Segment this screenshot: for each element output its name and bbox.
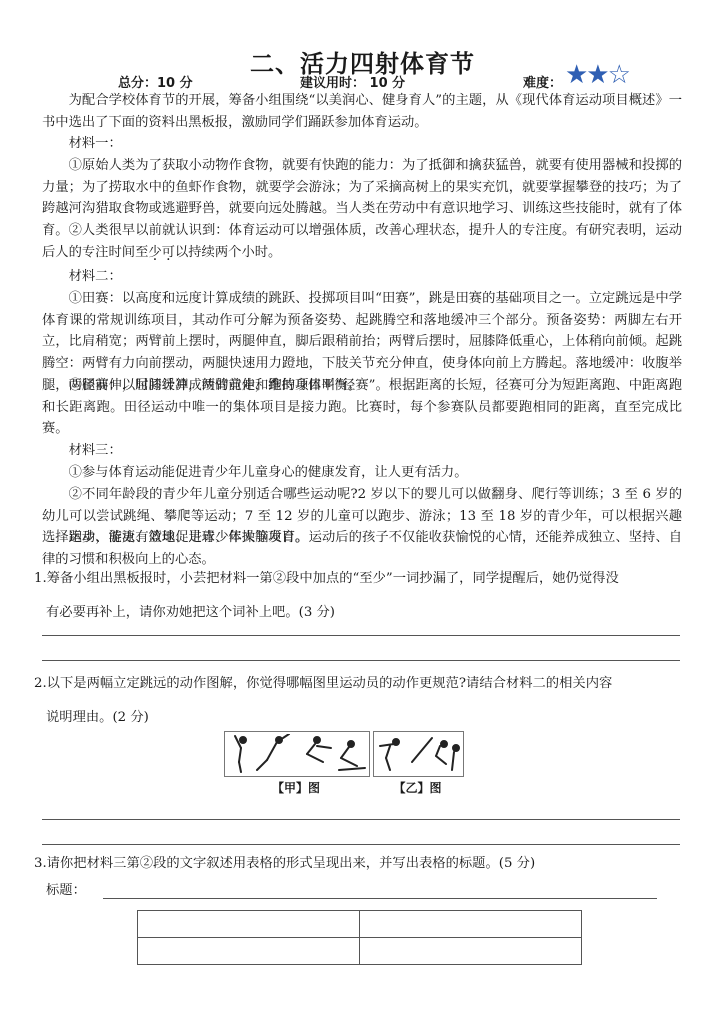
difficulty-rating: ★★☆ xyxy=(565,60,629,90)
star-empty-icon: ☆ xyxy=(608,60,629,90)
emphasis-dot-char: 少 xyxy=(148,245,161,260)
question-1-text-cont: 有必要再补上，请你劝她把这个词补上吧。(3 分) xyxy=(34,602,684,624)
material3-paragraph3: 运动，能更有效地促进青少年大脑发育。运动后的孩子不仅能收获愉悦的心情，还能养成独… xyxy=(42,527,682,570)
answer-line[interactable] xyxy=(42,819,680,820)
question-2: 2.以下是两幅立定跳远的动作图解，你觉得哪幅图里运动员的动作更规范?请结合材料二… xyxy=(34,673,684,729)
total-score: 总分：10 分 xyxy=(118,72,193,91)
answer-line[interactable] xyxy=(42,635,680,636)
material1-heading: 材料一： xyxy=(42,133,682,155)
table-row xyxy=(138,911,582,938)
table-cell[interactable] xyxy=(360,938,582,965)
table-title-answer-line[interactable] xyxy=(103,898,657,899)
material2-heading: 材料二： xyxy=(42,266,682,288)
material1-paragraph2: ②人类很早以前就认识到：体育运动可以增强体质，改善心理状态，提升人的专注度。有研… xyxy=(42,220,682,263)
question-1-text: 1.筹备小组出黑板报时，小芸把材料一第②段中加点的“至少”一词抄漏了，同学提醒后… xyxy=(34,571,619,586)
figure-b-jump-sequence xyxy=(373,731,464,777)
material2-paragraph2: ②径赛：以时间计算成绩的竞走和跑的项目叫“径赛”。根据距离的长短，径赛可分为短距… xyxy=(42,375,682,440)
answer-line[interactable] xyxy=(42,844,680,845)
table-cell[interactable] xyxy=(138,938,360,965)
material3-heading: 材料三： xyxy=(42,440,682,462)
figure-a-caption: 【甲】图 xyxy=(224,779,368,796)
figure-b-caption: 【乙】图 xyxy=(373,779,462,796)
athlete-figures-icon xyxy=(227,734,367,774)
material3-paragraph1: ①参与体育运动能促进青少年儿童身心的健康发育，让人更有活力。 xyxy=(42,462,682,484)
table-cell[interactable] xyxy=(360,911,582,938)
star-filled-icon: ★★ xyxy=(565,60,608,90)
table-row xyxy=(138,938,582,965)
question-2-text: 2.以下是两幅立定跳远的动作图解，你觉得哪幅图里运动员的动作更规范?请结合材料二… xyxy=(34,676,612,691)
answer-table xyxy=(137,910,582,965)
figure-a-jump-sequence xyxy=(224,731,370,777)
question-1: 1.筹备小组出黑板报时，小芸把材料一第②段中加点的“至少”一词抄漏了，同学提醒后… xyxy=(34,568,684,624)
question-3: 3.请你把材料三第②段的文字叙述用表格的形式呈现出来，并写出表格的标题。(5 分… xyxy=(34,853,684,875)
intro-paragraph: 为配合学校体育节的开展，筹备小组围绕“以美润心、健身育人”的主题，从《现代体育运… xyxy=(42,90,682,133)
table-cell[interactable] xyxy=(138,911,360,938)
difficulty-label: 难度： xyxy=(523,72,562,91)
suggested-time: 建议用时： 10 分 xyxy=(300,72,405,91)
question-2-text-cont: 说明理由。(2 分) xyxy=(34,707,684,729)
athlete-figures-icon xyxy=(376,734,462,774)
question-3-text: 3.请你把材料三第②段的文字叙述用表格的形式呈现出来，并写出表格的标题。(5 分… xyxy=(34,856,535,871)
answer-line[interactable] xyxy=(42,660,680,661)
text: 可以持续两个小时。 xyxy=(162,245,282,260)
